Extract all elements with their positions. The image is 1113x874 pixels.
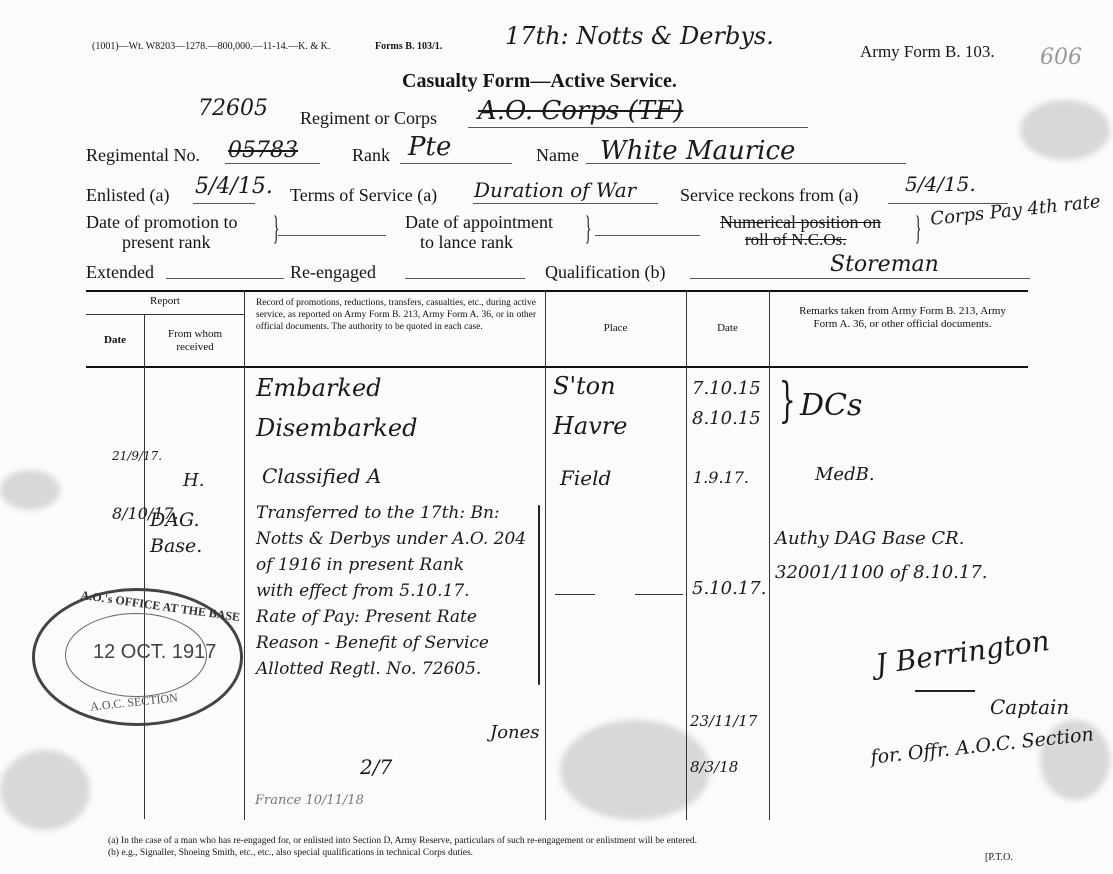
- lance-underline: [595, 235, 700, 236]
- army-form-number: Army Form B. 103.: [860, 42, 995, 62]
- footnote-a: (a) In the case of a man who has re-enga…: [108, 836, 697, 846]
- terms-label: Terms of Service (a): [290, 185, 437, 206]
- record-line: Allotted Regtl. No. 72605.: [256, 656, 541, 682]
- record-embarked: Embarked: [256, 374, 382, 402]
- record-line: Reason - Benefit of Service: [256, 630, 541, 656]
- date-embarked: 7.10.15: [692, 378, 761, 399]
- regimental-no-label: Regimental No.: [86, 145, 200, 166]
- place-embarked: S'ton: [553, 372, 616, 400]
- report-date-classified: 21/9/17.: [112, 450, 140, 463]
- from-transfer: DAG. Base.: [150, 507, 230, 559]
- stamp-date: 12 OCT. 1917: [93, 641, 216, 664]
- header-date: Date: [86, 334, 144, 347]
- terms-value: Duration of War: [474, 178, 636, 202]
- col-divider-record: [545, 290, 546, 820]
- header-from-whom: From whom received: [150, 328, 240, 354]
- numerical-brace: }: [915, 210, 922, 248]
- header-record: Record of promotions, reductions, transf…: [256, 297, 536, 333]
- regiment-underline: [468, 127, 808, 128]
- date-transfer: 5.10.17.: [692, 578, 766, 599]
- report-subheader-rule: [86, 314, 244, 315]
- record-line: of 1916 in present Rank: [256, 552, 541, 578]
- stain: [0, 470, 60, 510]
- col-divider-date2: [769, 290, 770, 820]
- record-line: Transferred to the 17th: Bn:: [256, 500, 541, 526]
- numerical-value: Corps Pay 4th rate: [929, 191, 1101, 230]
- transfer-brace: [538, 505, 540, 685]
- place-classified: Field: [560, 466, 611, 490]
- lance-label-1: Date of appointment: [405, 212, 553, 233]
- remarks-embark: DCs: [800, 388, 862, 423]
- terms-underline: [473, 203, 658, 204]
- col-divider-from: [244, 290, 245, 820]
- forms-ref: Forms B. 103/1.: [375, 41, 442, 52]
- report-date-transfer: 8/10/17.: [112, 505, 140, 523]
- regiment-label: Regiment or Corps: [300, 108, 437, 129]
- qualification-underline: [690, 278, 1030, 279]
- promotion-brace: }: [273, 210, 280, 248]
- remarks-transfer-line-2: 32001/1100 of 8.10.17.: [775, 562, 988, 583]
- signature-title: Captain: [990, 695, 1069, 719]
- remarks-brace: }: [779, 372, 796, 428]
- table-header-rule: [86, 366, 1028, 368]
- header-place: Place: [545, 322, 686, 335]
- lance-brace: }: [585, 210, 592, 248]
- footnote-b: (b) e.g., Signaller, Shoeing Smith, etc.…: [108, 848, 473, 858]
- regiment-value: A.O. Corps (TF): [478, 96, 683, 126]
- record-line: with effect from 5.10.17.: [256, 578, 541, 604]
- corner-mark: 606: [1040, 45, 1082, 70]
- print-code: (1001)—Wt. W8203—1278.—800,000.—11-14.—K…: [92, 41, 330, 52]
- stain: [1020, 100, 1110, 160]
- faint-note: France 10/11/18: [255, 793, 364, 808]
- record-disembarked: Disembarked: [256, 414, 417, 442]
- reckons-value: 5/4/15.: [905, 172, 976, 196]
- rank-label: Rank: [352, 145, 390, 166]
- stain: [0, 750, 90, 830]
- table-top-rule: [86, 290, 1028, 292]
- promotion-label-1: Date of promotion to: [86, 212, 237, 233]
- header-date2: Date: [686, 322, 769, 335]
- name-label: Name: [536, 145, 579, 166]
- regimental-no-underline: [225, 163, 320, 164]
- record-classified: Classified A: [262, 464, 381, 488]
- qualification-value: Storeman: [830, 252, 939, 277]
- col-divider-date: [144, 314, 145, 819]
- signature-name: J Berrington: [874, 624, 1052, 681]
- place-dash-1: [555, 594, 595, 595]
- date-disembarked: 8.10.15: [692, 408, 761, 429]
- header-report: Report: [86, 295, 244, 308]
- signature-underline: [915, 690, 975, 692]
- extended-underline: [166, 278, 284, 279]
- remarks-classified: MedB.: [815, 464, 875, 485]
- col-divider-place: [686, 290, 687, 820]
- record-transfer: Transferred to the 17th: Bn: Notts & Der…: [256, 500, 541, 682]
- rank-value: Pte: [408, 132, 451, 162]
- place-disembarked: Havre: [553, 412, 627, 440]
- pto-note: [P.T.O.: [985, 852, 1013, 863]
- lance-label-2: to lance rank: [420, 232, 513, 253]
- promotion-underline: [278, 235, 386, 236]
- remarks-transfer-line-1: Authy DAG Base CR.: [775, 528, 964, 549]
- unit-handwritten: 17th: Notts & Derbys.: [505, 22, 774, 50]
- office-stamp: A.O.'s OFFICE AT THE BASE 12 OCT. 1917 A…: [32, 588, 243, 726]
- extended-label: Extended: [86, 262, 154, 283]
- stamp-bottom-text: A.O.C. SECTION: [89, 690, 178, 714]
- numerical-label-2: roll of N.C.Os.: [745, 230, 847, 250]
- regimental-no-value: 05783: [228, 138, 298, 163]
- fraction-mark: 2/7: [360, 755, 392, 779]
- place-dash-2: [635, 594, 683, 595]
- initials-mark: Jones: [490, 722, 540, 743]
- from-classified: H.: [183, 470, 204, 491]
- qualification-label: Qualification (b): [545, 262, 665, 283]
- name-value: White Maurice: [600, 136, 795, 166]
- promotion-label-2: present rank: [122, 232, 210, 253]
- reckons-label: Service reckons from (a): [680, 185, 858, 206]
- rank-underline: [400, 163, 512, 164]
- stain: [560, 720, 710, 820]
- date-classified: 1.9.17.: [693, 468, 749, 487]
- record-line: Notts & Derbys under A.O. 204: [256, 526, 541, 552]
- date-mark-b: 8/3/18: [690, 758, 738, 776]
- new-regimental-number: 72605: [198, 96, 268, 121]
- form-title: Casualty Form—Active Service.: [402, 70, 677, 93]
- enlisted-value: 5/4/15.: [195, 174, 273, 199]
- enlisted-label: Enlisted (a): [86, 185, 169, 206]
- header-remarks: Remarks taken from Army Form B. 213, Arm…: [790, 305, 1015, 331]
- record-line: Rate of Pay: Present Rate: [256, 604, 541, 630]
- enlisted-underline: [193, 203, 255, 204]
- reengaged-underline: [405, 278, 525, 279]
- reengaged-label: Re-engaged: [290, 262, 376, 283]
- date-mark-a: 23/11/17: [690, 712, 757, 730]
